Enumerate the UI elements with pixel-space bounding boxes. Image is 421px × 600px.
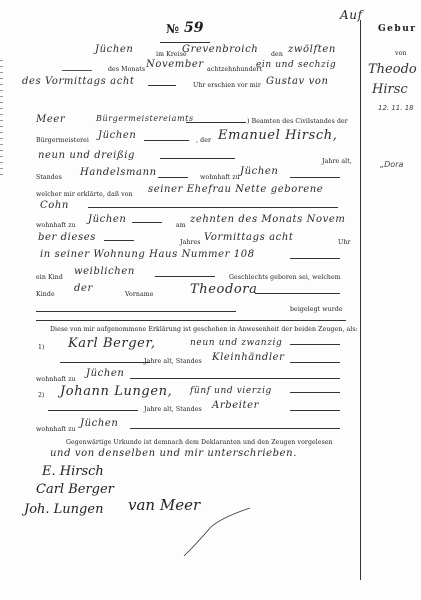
- blank-rule: [290, 392, 340, 393]
- blank-rule: [132, 222, 162, 223]
- hw-year: ein und sechzig: [256, 60, 336, 70]
- witness2-age: fünf und vierzig: [190, 386, 272, 396]
- hw-mother-residence: Jüchen: [88, 214, 126, 225]
- pt-buergermeisterei: Bürgermeisterei: [36, 137, 89, 144]
- number-underline: [160, 42, 210, 43]
- pt-der: , der: [196, 137, 211, 144]
- blank-rule: [62, 70, 92, 71]
- signature-flourish: [180, 500, 260, 560]
- entry-number-label: №: [166, 22, 179, 36]
- margin-name-line1: Theodo: [368, 62, 417, 77]
- hw-declarant-occupation: Handelsmann: [80, 167, 157, 178]
- hw-birth-month-end: ber dieses: [38, 232, 96, 243]
- pt-den: den: [271, 51, 283, 58]
- blank-rule: [130, 378, 340, 379]
- hw-declarant-name: Emanuel Hirsch,: [218, 128, 337, 143]
- blank-rule: [36, 311, 236, 312]
- margin-date-note: 12. 11. 18: [378, 104, 414, 112]
- pt-beamten: ) Beamten des Civilstandes der: [247, 118, 348, 125]
- blank-rule: [88, 207, 338, 208]
- margin-title: Gebur: [378, 24, 417, 34]
- pt-welcher-erklaerte: welcher mir erklärte, daß von: [36, 191, 133, 198]
- hw-place: Jüchen: [95, 44, 133, 55]
- document-page: № 59 Auf Gebur von Theodo Hirsc 12. 11. …: [0, 0, 421, 600]
- scan-edge-marks: [0, 60, 3, 180]
- blank-rule: [255, 293, 340, 294]
- pt-des-monats: des Monats: [108, 66, 145, 73]
- blank-rule: [290, 258, 340, 259]
- blank-rule: [60, 362, 150, 363]
- witness1-residence: Jüchen: [86, 368, 124, 379]
- witness-intro: Diese von mir aufgenommene Erklärung ist…: [50, 326, 358, 333]
- blank-rule: [130, 428, 340, 429]
- hw-article: der: [74, 283, 93, 294]
- margin-quoted-note: „Dora: [380, 160, 403, 169]
- hw-declarant-residence: Jüchen: [240, 166, 278, 177]
- pt-jahre-alt: Jahre alt,: [322, 158, 352, 165]
- hw-time: des Vormittags acht: [22, 76, 135, 87]
- witness1-occupation: Kleinhändler: [212, 352, 285, 363]
- hw-month: November: [146, 59, 204, 70]
- blank-rule: [144, 140, 189, 141]
- witness1-name: Karl Berger,: [68, 336, 156, 351]
- hw-birth-date: zehnten des Monats Novem: [190, 214, 345, 225]
- pt-ein-kind: ein Kind: [36, 274, 63, 281]
- witness2-occupation: Arbeiter: [212, 400, 259, 411]
- signature-witness2: Joh. Lungen: [24, 502, 103, 517]
- witness1-age-label: Jahre alt, Standes: [144, 358, 202, 365]
- pt-wohnhaft-zu: wohnhaft zu: [200, 174, 240, 181]
- blank-rule: [155, 276, 215, 277]
- pt-uhr-erschien: Uhr erschien vor mir: [193, 82, 261, 89]
- pt-am: am: [176, 222, 186, 229]
- hw-birth-place: in seiner Wohnung Haus Nummer 108: [40, 249, 255, 260]
- pt-wohnhaft-zu-2: wohnhaft zu: [36, 222, 76, 229]
- pt-geschlechts: Geschlechts geboren sei, welchem: [229, 274, 341, 281]
- margin-divider: [360, 20, 361, 580]
- pt-jahres: Jahres: [180, 239, 201, 246]
- witness1-age: neun und zwanzig: [190, 338, 282, 348]
- blank-rule: [104, 240, 134, 241]
- hw-buergermeisterei: Jüchen: [98, 130, 136, 141]
- margin-name-line2: Hirsc: [372, 82, 408, 97]
- blank-rule: [290, 410, 340, 411]
- hw-official-name: Gustav von: [266, 76, 328, 87]
- hw-mother-maiden-name: Cohn: [40, 200, 69, 211]
- hw-kreis: Grevenbroich: [182, 44, 258, 55]
- hw-child-name: Theodora: [190, 282, 257, 297]
- section-divider: [36, 320, 346, 321]
- hw-official-surname: Meer: [36, 114, 65, 125]
- entry-number: 59: [184, 20, 203, 36]
- margin-von-label: von: [395, 50, 407, 57]
- blank-rule: [290, 177, 340, 178]
- blank-rule: [148, 85, 176, 86]
- hw-day: zwölften: [288, 44, 336, 55]
- hw-mother: seiner Ehefrau Nette geborene: [148, 184, 323, 195]
- witness2-name: Johann Lungen,: [60, 384, 172, 399]
- blank-rule: [290, 362, 340, 363]
- witness1-residence-label: wohnhaft zu: [36, 376, 76, 383]
- pt-uhr: Uhr: [338, 239, 350, 246]
- pt-vorname: Vorname: [125, 291, 154, 298]
- blank-rule: [160, 158, 235, 159]
- signature-witness1: Carl Berger: [36, 482, 114, 497]
- blank-rule: [48, 410, 138, 411]
- hw-birth-time: Vormittags acht: [204, 232, 294, 243]
- witness2-residence: Jüchen: [80, 418, 118, 429]
- hw-child-sex: weiblichen: [74, 266, 135, 277]
- witness2-residence-label: wohnhaft zu: [36, 426, 76, 433]
- witness2-index: 2): [38, 392, 45, 399]
- pt-achtzehnhundert: achtzehnhundert: [207, 66, 262, 73]
- signature-declarant: E. Hirsch: [42, 464, 104, 479]
- witness2-age-label: Jahre alt, Standes: [144, 406, 202, 413]
- blank-rule: [186, 122, 246, 123]
- witness1-index: 1): [38, 344, 45, 351]
- closing-printed: Gegenwärtige Urkunde ist demnach dem Dek…: [66, 439, 333, 446]
- pt-standes: Standes: [36, 174, 62, 181]
- closing-handwritten: und von denselben und mir unterschrieben…: [50, 448, 297, 459]
- blank-rule: [158, 177, 188, 178]
- pt-beigelegt: beigelegt wurde: [290, 306, 343, 313]
- blank-rule: [290, 344, 340, 345]
- hw-declarant-age: neun und dreißig: [38, 150, 135, 161]
- hw-office-title: Bürgermeistereiamts: [96, 114, 194, 123]
- pt-kinde: Kinde: [36, 291, 55, 298]
